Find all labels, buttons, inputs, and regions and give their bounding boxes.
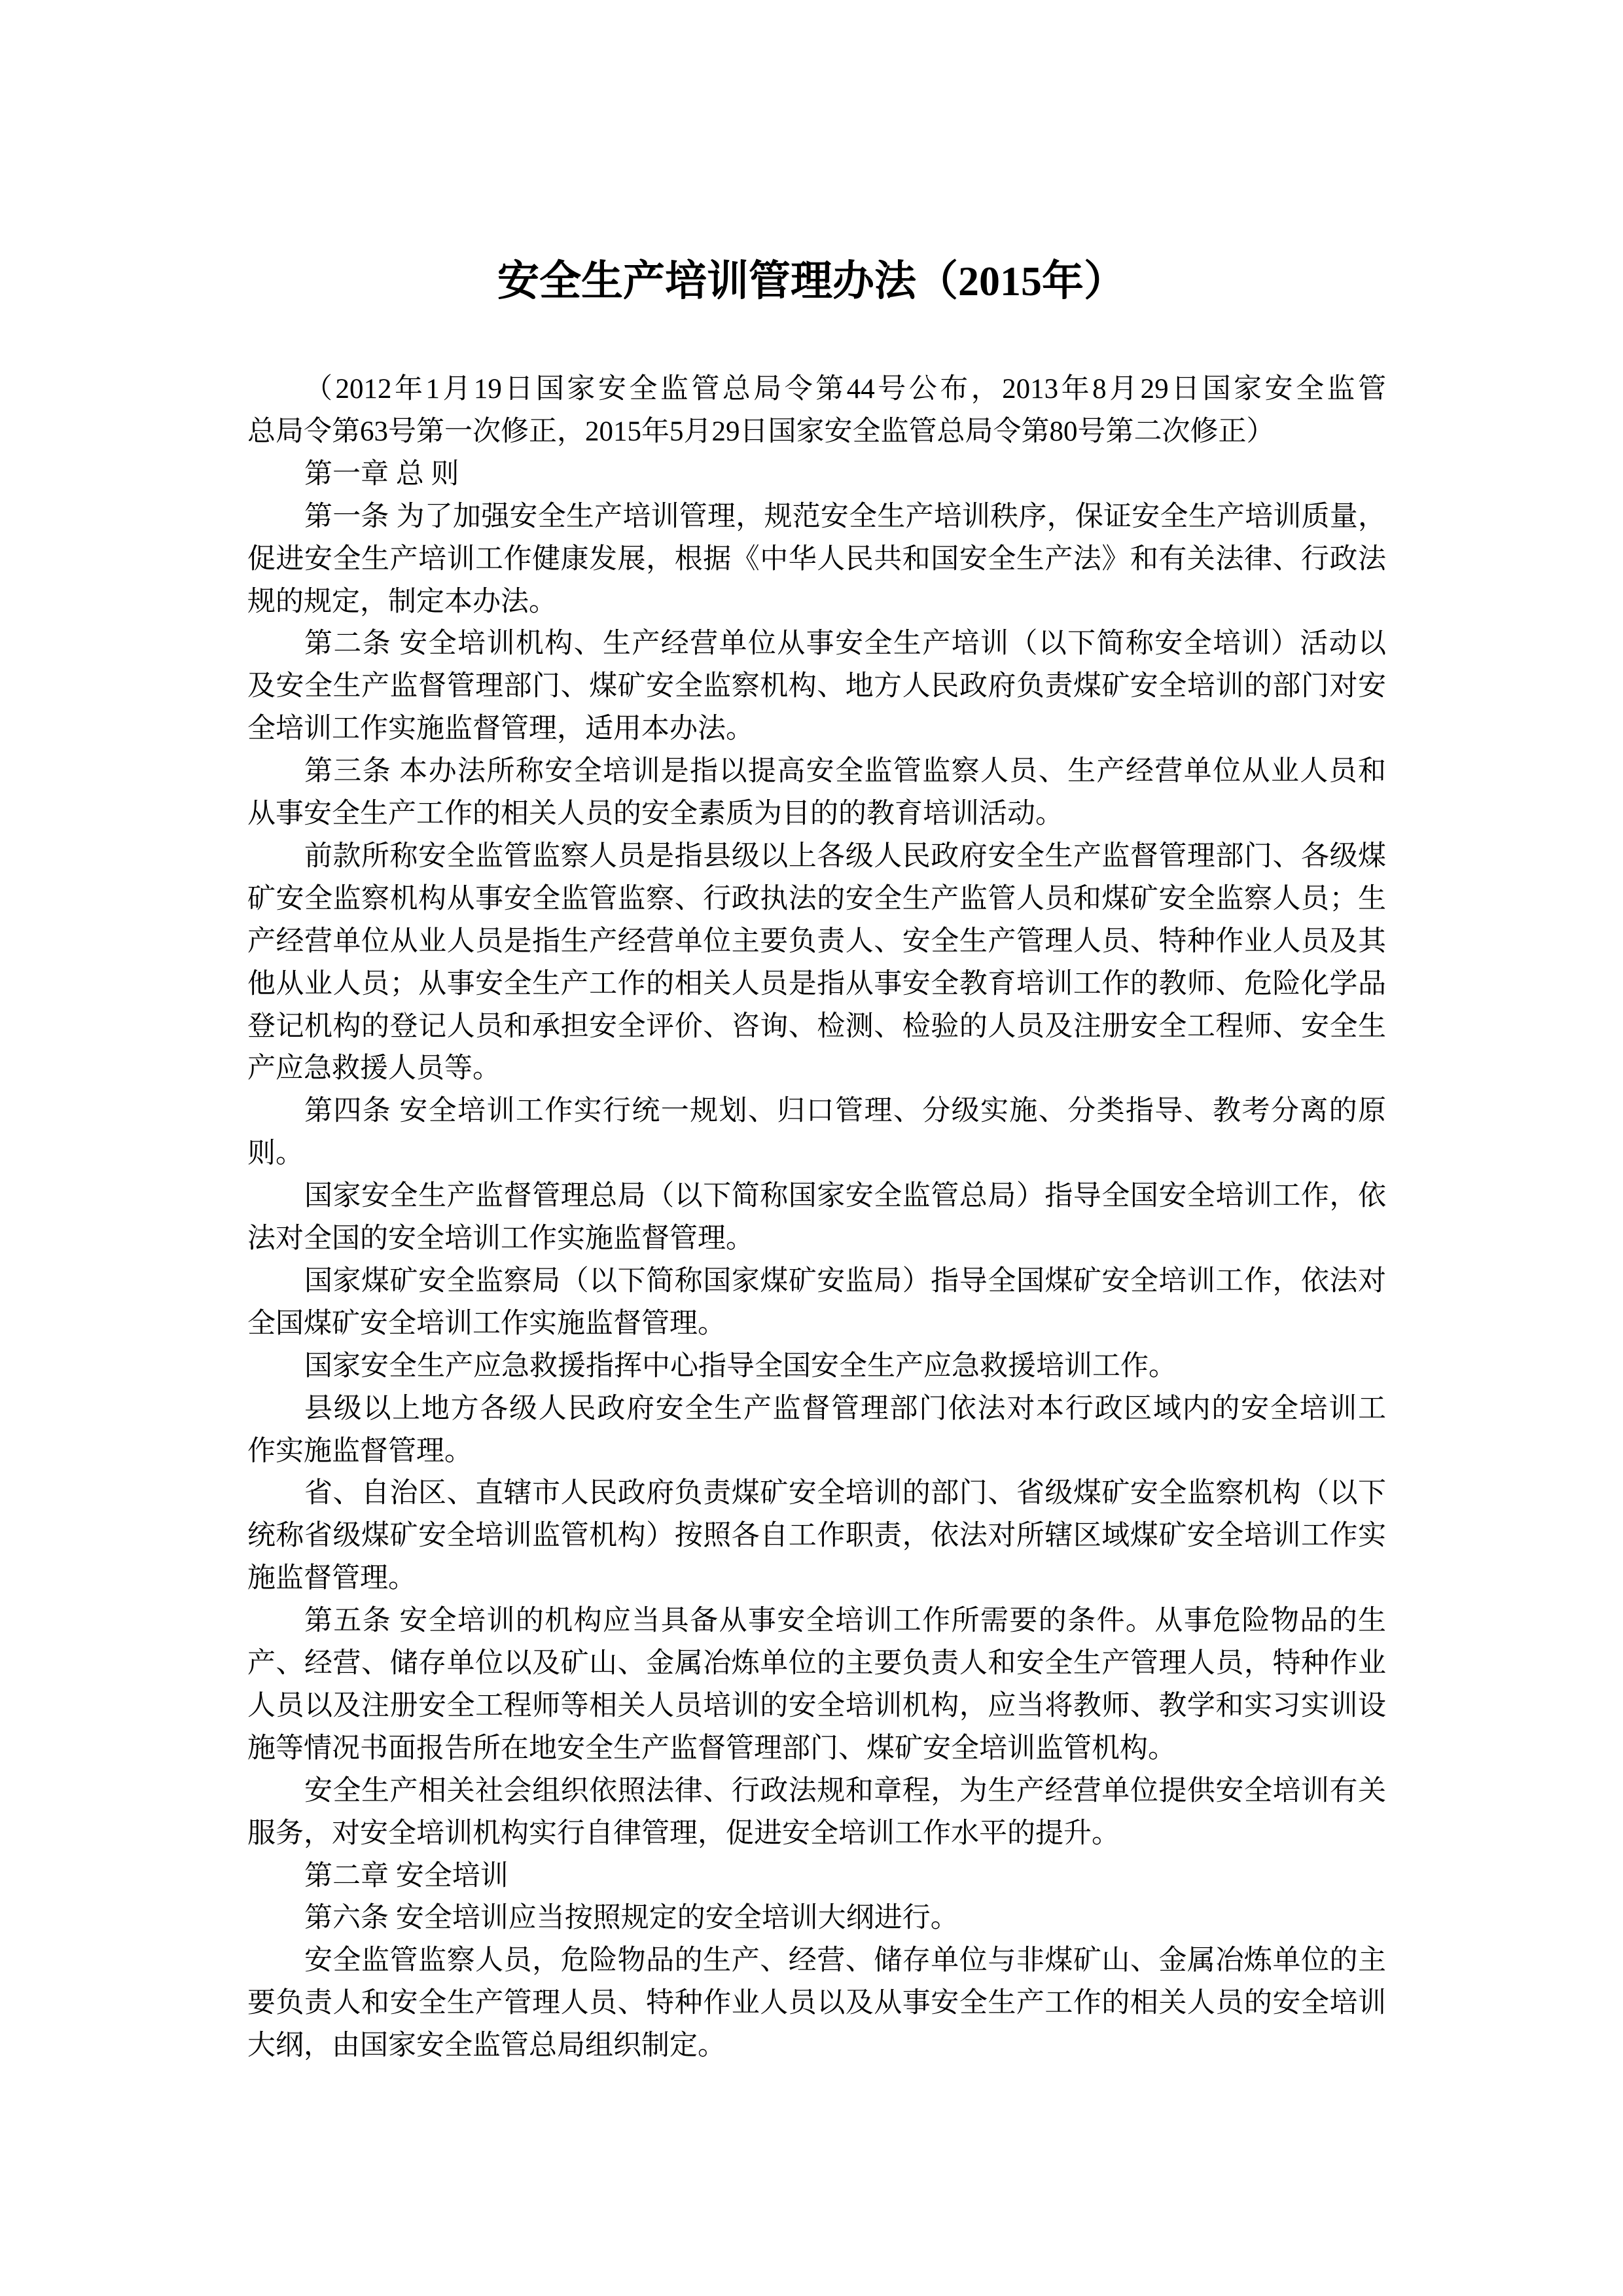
text-line: 规的规定，制定本办法。 (247, 581, 1386, 623)
text-line: 全国煤矿安全培训工作实施监督管理。 (247, 1302, 1386, 1345)
text-line: 产应急救援人员等。 (247, 1047, 1386, 1090)
text-line: 总局令第63号第一次修正，2015年5月29日国家安全监管总局令第80号第二次修… (247, 410, 1386, 453)
text-line: 国家安全生产应急救援指挥中心指导全国安全生产应急救援培训工作。 (247, 1345, 1386, 1388)
text-line: 施监督管理。 (247, 1557, 1386, 1600)
text-line: （2012年1月19日国家安全监管总局令第44号公布，2013年8月29日国家安… (247, 368, 1386, 410)
text-line: 第二章 安全培训 (247, 1855, 1386, 1897)
text-line: 法对全国的安全培训工作实施监督管理。 (247, 1217, 1386, 1260)
text-line: 施等情况书面报告所在地安全生产监督管理部门、煤矿安全培训监管机构。 (247, 1727, 1386, 1770)
text-line: 从事安全生产工作的相关人员的安全素质为目的的教育培训活动。 (247, 793, 1386, 835)
text-line: 国家安全生产监督管理总局（以下简称国家安全监管总局）指导全国安全培训工作，依 (247, 1175, 1386, 1217)
document-page: 安全生产培训管理办法（2015年） （2012年1月19日国家安全监管总局令第4… (0, 0, 1623, 2296)
document-title: 安全生产培训管理办法（2015年） (0, 257, 1623, 306)
text-line: 安全生产相关社会组织依照法律、行政法规和章程，为生产经营单位提供安全培训有关 (247, 1770, 1386, 1812)
text-line: 产、经营、储存单位以及矿山、金属冶炼单位的主要负责人和安全生产管理人员，特种作业 (247, 1642, 1386, 1685)
text-line: 他从业人员；从事安全生产工作的相关人员是指从事安全教育培训工作的教师、危险化学品 (247, 963, 1386, 1005)
text-line: 及安全生产监督管理部门、煤矿安全监察机构、地方人民政府负责煤矿安全培训的部门对安 (247, 665, 1386, 708)
text-line: 第二条 安全培训机构、生产经营单位从事安全生产培训（以下简称安全培训）活动以 (247, 622, 1386, 665)
text-line: 人员以及注册安全工程师等相关人员培训的安全培训机构，应当将教师、教学和实习实训设 (247, 1685, 1386, 1727)
text-line: 要负责人和安全生产管理人员、特种作业人员以及从事安全生产工作的相关人员的安全培训 (247, 1982, 1386, 2024)
text-line: 第五条 安全培训的机构应当具备从事安全培训工作所需要的条件。从事危险物品的生 (247, 1600, 1386, 1642)
text-line: 全培训工作实施监督管理，适用本办法。 (247, 708, 1386, 750)
text-line: 大纲，由国家安全监管总局组织制定。 (247, 2024, 1386, 2067)
text-line: 统称省级煤矿安全培训监管机构）按照各自工作职责，依法对所辖区域煤矿安全培训工作实 (247, 1515, 1386, 1557)
text-line: 产经营单位从业人员是指生产经营单位主要负责人、安全生产管理人员、特种作业人员及其 (247, 920, 1386, 963)
text-line: 前款所称安全监管监察人员是指县级以上各级人民政府安全生产监督管理部门、各级煤 (247, 835, 1386, 878)
text-line: 矿安全监察机构从事安全监管监察、行政执法的安全生产监管人员和煤矿安全监察人员；生 (247, 878, 1386, 920)
text-line: 第四条 安全培训工作实行统一规划、归口管理、分级实施、分类指导、教考分离的原 (247, 1090, 1386, 1132)
text-line: 促进安全生产培训工作健康发展，根据《中华人民共和国安全生产法》和有关法律、行政法 (247, 538, 1386, 581)
text-line: 县级以上地方各级人民政府安全生产监督管理部门依法对本行政区域内的安全培训工 (247, 1388, 1386, 1430)
text-line: 省、自治区、直辖市人民政府负责煤矿安全培训的部门、省级煤矿安全监察机构（以下 (247, 1472, 1386, 1515)
text-line: 登记机构的登记人员和承担安全评价、咨询、检测、检验的人员及注册安全工程师、安全生 (247, 1005, 1386, 1048)
text-line: 第三条 本办法所称安全培训是指以提高安全监管监察人员、生产经营单位从业人员和 (247, 750, 1386, 793)
text-line: 第六条 安全培训应当按照规定的安全培训大纲进行。 (247, 1897, 1386, 1939)
text-line: 安全监管监察人员，危险物品的生产、经营、储存单位与非煤矿山、金属冶炼单位的主 (247, 1939, 1386, 1982)
text-line: 国家煤矿安全监察局（以下简称国家煤矿安监局）指导全国煤矿安全培训工作，依法对 (247, 1260, 1386, 1302)
text-line: 第一章 总 则 (247, 453, 1386, 495)
text-line: 作实施监督管理。 (247, 1430, 1386, 1473)
text-line: 则。 (247, 1132, 1386, 1175)
text-line: 第一条 为了加强安全生产培训管理，规范安全生产培训秩序，保证安全生产培训质量， (247, 495, 1386, 538)
text-line: 服务，对安全培训机构实行自律管理，促进安全培训工作水平的提升。 (247, 1812, 1386, 1855)
